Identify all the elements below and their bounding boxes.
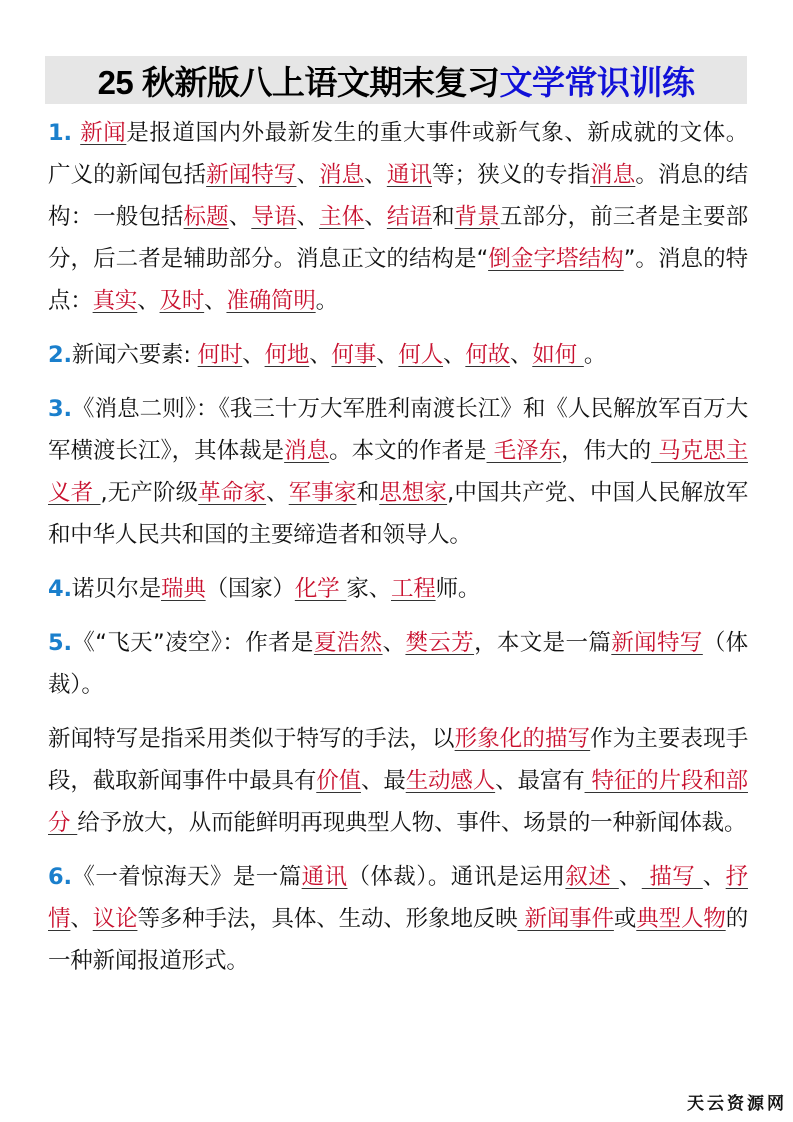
question-number: 2. [48, 342, 72, 368]
body-text: 、最富有 [495, 768, 584, 794]
body-text: 《一着惊海天》是一篇 [72, 864, 302, 890]
body-text: 、 [309, 342, 331, 368]
answer-text: 标题 [184, 204, 229, 230]
body-text: （体裁）。通讯是运用 [347, 864, 565, 890]
worksheet-content: 1. 新闻是报道国内外最新发生的重大事件或新气象、新成就的文体。广义的新闻包括新… [48, 112, 748, 994]
answer-text: 军事家 [289, 480, 357, 506]
answer-text: 描写 [642, 864, 703, 890]
question-number: 6. [48, 864, 72, 890]
question-2: 2.新闻六要素: 何时、何地、何事、何人、何故、如何 。 [48, 334, 748, 376]
body-text: 等；狭义的专指 [432, 162, 590, 188]
question-number: 5. [48, 630, 72, 656]
answer-text: 通讯 [302, 864, 348, 890]
answer-text: 工程 [391, 576, 436, 602]
question-3: 3.《消息二则》：《我三十万大军胜利南渡长江》和《人民解放军百万大军横渡长江》，… [48, 388, 748, 556]
body-text: 、 [266, 480, 289, 506]
answer-text: 形象化的描写 [455, 726, 591, 752]
answer-text: 新闻特写 [611, 630, 703, 656]
answer-text: 夏浩然 [314, 630, 383, 656]
question-1: 1. 新闻是报道国内外最新发生的重大事件或新气象、新成就的文体。广义的新闻包括新… [48, 112, 748, 322]
body-text: 、 [242, 342, 264, 368]
body-text: 、 [204, 288, 226, 314]
watermark: 天云资源网 [687, 1089, 787, 1114]
body-text: （国家） [206, 576, 295, 602]
body-text: 、 [376, 342, 398, 368]
answer-text: 结语 [387, 204, 432, 230]
body-text: 、 [364, 162, 387, 188]
body-text: 、 [703, 864, 726, 890]
body-text: 、 [297, 204, 320, 230]
answer-text: 何地 [265, 342, 310, 368]
answer-text: 背景 [455, 204, 500, 230]
answer-text: 生动感人 [406, 768, 495, 794]
question-4: 4.诺贝尔是瑞典（国家）化学 家、工程师。 [48, 568, 748, 610]
answer-text: 何人 [398, 342, 443, 368]
answer-text: 何时 [198, 342, 243, 368]
question-5: 5.《“飞天”凌空》：作者是夏浩然、樊云芳，本文是一篇新闻特写（体裁）。 [48, 622, 748, 706]
body-text: 给予放大，从而能鲜明再现典型人物、事件、场景的一种新闻体裁。 [77, 810, 746, 836]
title-highlight: 文学常识训练 [499, 57, 694, 104]
body-text: 或 [614, 906, 636, 932]
body-text: 《“飞天”凌空》：作者是 [72, 630, 314, 656]
answer-text: 叙述 [565, 864, 618, 890]
answer-text: 何事 [332, 342, 377, 368]
body-text: 。 [316, 288, 338, 314]
body-text: ,无产阶级 [101, 480, 199, 506]
body-text: 、 [443, 342, 465, 368]
body-text: 、 [383, 630, 406, 656]
answer-text: 消息 [319, 162, 364, 188]
answer-text: 思想家 [379, 480, 447, 506]
answer-text: 化学 [295, 576, 347, 602]
body-text: 、 [619, 864, 642, 890]
question-number: 1. [48, 120, 80, 146]
body-text: ，本文是一篇 [474, 630, 611, 656]
answer-text: 革命家 [198, 480, 266, 506]
question-number: 4. [48, 576, 72, 602]
answer-text: 典型人物 [636, 906, 725, 932]
answer-text: 新闻特写 [206, 162, 296, 188]
answer-text: 准确简明 [226, 288, 315, 314]
body-text: 新闻特写是指采用类似于特写的手法，以 [48, 726, 455, 752]
answer-text: 及时 [160, 288, 205, 314]
answer-text: 价值 [316, 768, 361, 794]
body-text: 和 [357, 480, 380, 506]
answer-text: 议论 [93, 906, 138, 932]
answer-text: 消息 [284, 438, 329, 464]
question-number: 3. [48, 396, 72, 422]
answer-text: 新闻事件 [517, 906, 613, 932]
answer-text: 何故 [465, 342, 510, 368]
body-text: 诺贝尔是 [72, 576, 161, 602]
body-text: 、 [364, 204, 387, 230]
answer-text: 真实 [93, 288, 138, 314]
body-text: 等多种手法，具体、生动、形象地反映 [137, 906, 517, 932]
answer-text: 如何 [532, 342, 584, 368]
body-text: 、 [70, 906, 92, 932]
body-text: ，伟大的 [561, 438, 651, 464]
body-text: 。 [584, 342, 606, 368]
answer-text: 主体 [319, 204, 364, 230]
question-6: 6.《一着惊海天》是一篇通讯（体裁）。通讯是运用叙述 、 描写 、抒情、议论等多… [48, 856, 748, 982]
body-text: 、 [229, 204, 252, 230]
answer-text: 通讯 [387, 162, 432, 188]
answer-text: 毛泽东 [487, 438, 562, 464]
body-text: 师。 [436, 576, 481, 602]
body-text: 、 [510, 342, 532, 368]
answer-text: 新闻 [80, 120, 126, 146]
title-main: 25 秋新版八上语文期末复习 [98, 57, 500, 104]
body-text: 。本文的作者是 [329, 438, 486, 464]
answer-text: 樊云芳 [405, 630, 474, 656]
body-text: 家、 [346, 576, 391, 602]
answer-text: 瑞典 [161, 576, 206, 602]
body-text: 新闻六要素: [72, 342, 198, 368]
body-text: 、最 [361, 768, 406, 794]
body-text: 和 [432, 204, 455, 230]
body-text: 、 [296, 162, 319, 188]
body-text: 、 [137, 288, 159, 314]
answer-text: 导语 [251, 204, 296, 230]
page-title: 25 秋新版八上语文期末复习文学常识训练 [45, 56, 747, 104]
answer-text: 倒金字塔结构 [488, 246, 624, 272]
question-5-explanation: 新闻特写是指采用类似于特写的手法，以形象化的描写作为主要表现手段，截取新闻事件中… [48, 718, 748, 844]
answer-text: 消息 [590, 162, 635, 188]
